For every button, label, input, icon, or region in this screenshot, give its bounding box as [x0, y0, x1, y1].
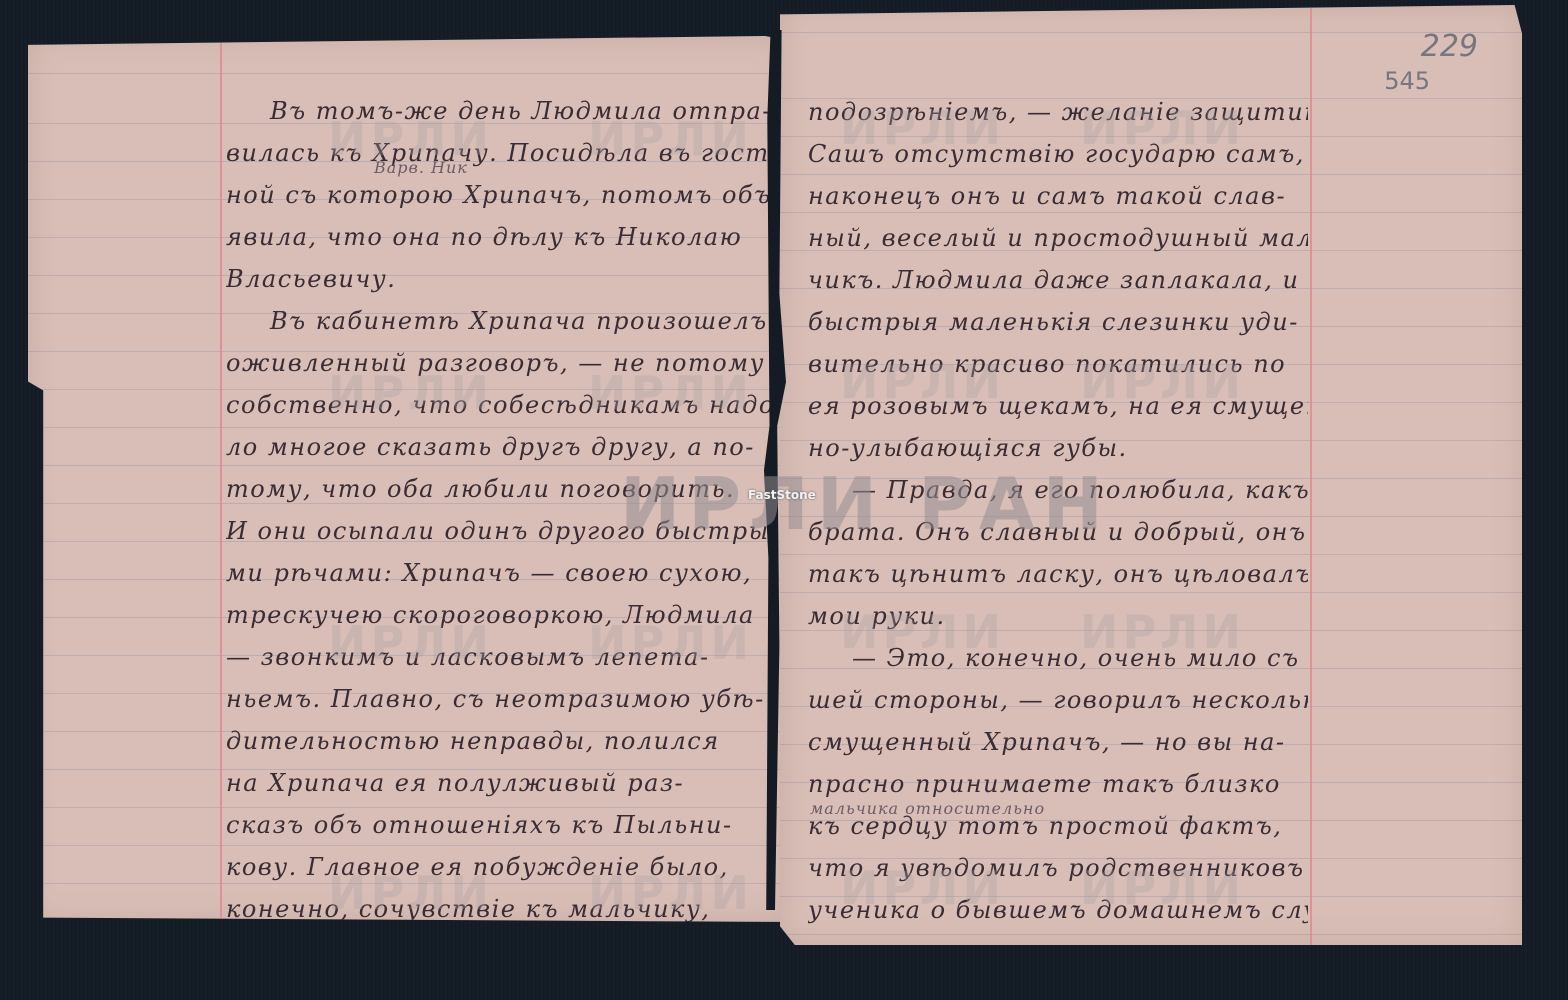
text-line: — Это, конечно, очень мило съ ва-	[808, 637, 1308, 679]
text-line: Власьевичу.	[226, 258, 782, 300]
text-line: сказъ объ отношеніяхъ къ Пыльни-	[226, 804, 782, 846]
interlinear-note: мальчика относительно	[810, 799, 1045, 818]
text-line: вительно красиво покатились по	[808, 343, 1308, 385]
folio-number: 229	[1421, 29, 1478, 64]
text-line: смущенный Хрипачъ, — но вы на-	[808, 721, 1308, 763]
margin-rule	[220, 36, 222, 922]
text-line: вилась къ Хрипачу. Посидѣла въ гости-	[226, 132, 782, 174]
folio-number-secondary: 545	[1384, 67, 1430, 95]
right-page-text: подозрѣніемъ, — желаніе защитить. Сашъ о…	[808, 91, 1308, 973]
text-line: подозрѣніемъ, — желаніе защитить.	[808, 91, 1308, 133]
left-manuscript-page: Въ томъ-же день Людмила отпра- вилась къ…	[28, 36, 788, 922]
text-line: ной съ которою Хрипачъ, потомъ объ-	[226, 174, 782, 216]
interlinear-note: Варв. Ник	[374, 158, 468, 177]
text-line: Сашъ отсутствію государю самъ, — и	[808, 133, 1308, 175]
text-line: — звонкимъ и ласковымъ лепета-	[226, 636, 782, 678]
text-line: ми рѣчами: Хрипачъ — своею сухою,	[226, 552, 782, 594]
text-line: собственно, что собесѣдникамъ надо бы-	[226, 384, 782, 426]
text-line: на Хрипача ея полулживый раз-	[226, 762, 782, 804]
text-line: явила, что она по дѣлу къ Николаю	[226, 216, 782, 258]
text-line: ло многое сказать другъ другу, а по-	[226, 426, 782, 468]
margin-rule	[1310, 5, 1312, 945]
text-line: ея розовымъ щекамъ, на ея смущен-	[808, 385, 1308, 427]
text-line: оживленный разговоръ, — не потому	[226, 342, 782, 384]
text-line: кову. Главное ея побужденіе было,	[226, 846, 782, 888]
left-page-text: Въ томъ-же день Людмила отпра- вилась къ…	[226, 90, 782, 972]
text-line: мои руки.	[808, 595, 1308, 637]
text-line: тому, что оба любили поговорить.	[226, 468, 782, 510]
text-line: И они осыпали одинъ другого быстры-	[226, 510, 782, 552]
text-line: дительностью неправды, полился	[226, 720, 782, 762]
text-line: Въ кабинетѣ Хрипача произошелъ	[226, 300, 782, 342]
text-line: что я увѣдомилъ родственниковъ	[808, 847, 1308, 889]
right-manuscript-page: 229 545 подозрѣніемъ, — желаніе защитить…	[780, 5, 1522, 945]
text-line: шей стороны, — говорилъ несколько	[808, 679, 1308, 721]
text-line: Въ томъ-же день Людмила отпра-	[226, 90, 782, 132]
text-line: наконецъ онъ и самъ такой слав-	[808, 175, 1308, 217]
text-line: чикъ. Людмила даже заплакала, и	[808, 259, 1308, 301]
text-line: но-улыбающіяся губы.	[808, 427, 1308, 469]
text-line: брата. Онъ славный и добрый, онъ	[808, 511, 1308, 553]
text-line: ньемъ. Плавно, съ неотразимою убѣ-	[226, 678, 782, 720]
text-line: такъ цѣнитъ ласку, онъ цѣловалъ	[808, 553, 1308, 595]
text-line: — Правда, я его полюбила, какъ	[808, 469, 1308, 511]
text-line: ученика о бывшемъ домашнемъ слу-	[808, 889, 1308, 931]
text-line: трескучею скороговоркою, Людмила	[226, 594, 782, 636]
text-line: быстрыя маленькія слезинки уди-	[808, 301, 1308, 343]
viewer-badge: FastStone	[748, 488, 816, 502]
text-line: ный, веселый и простодушный маль-	[808, 217, 1308, 259]
